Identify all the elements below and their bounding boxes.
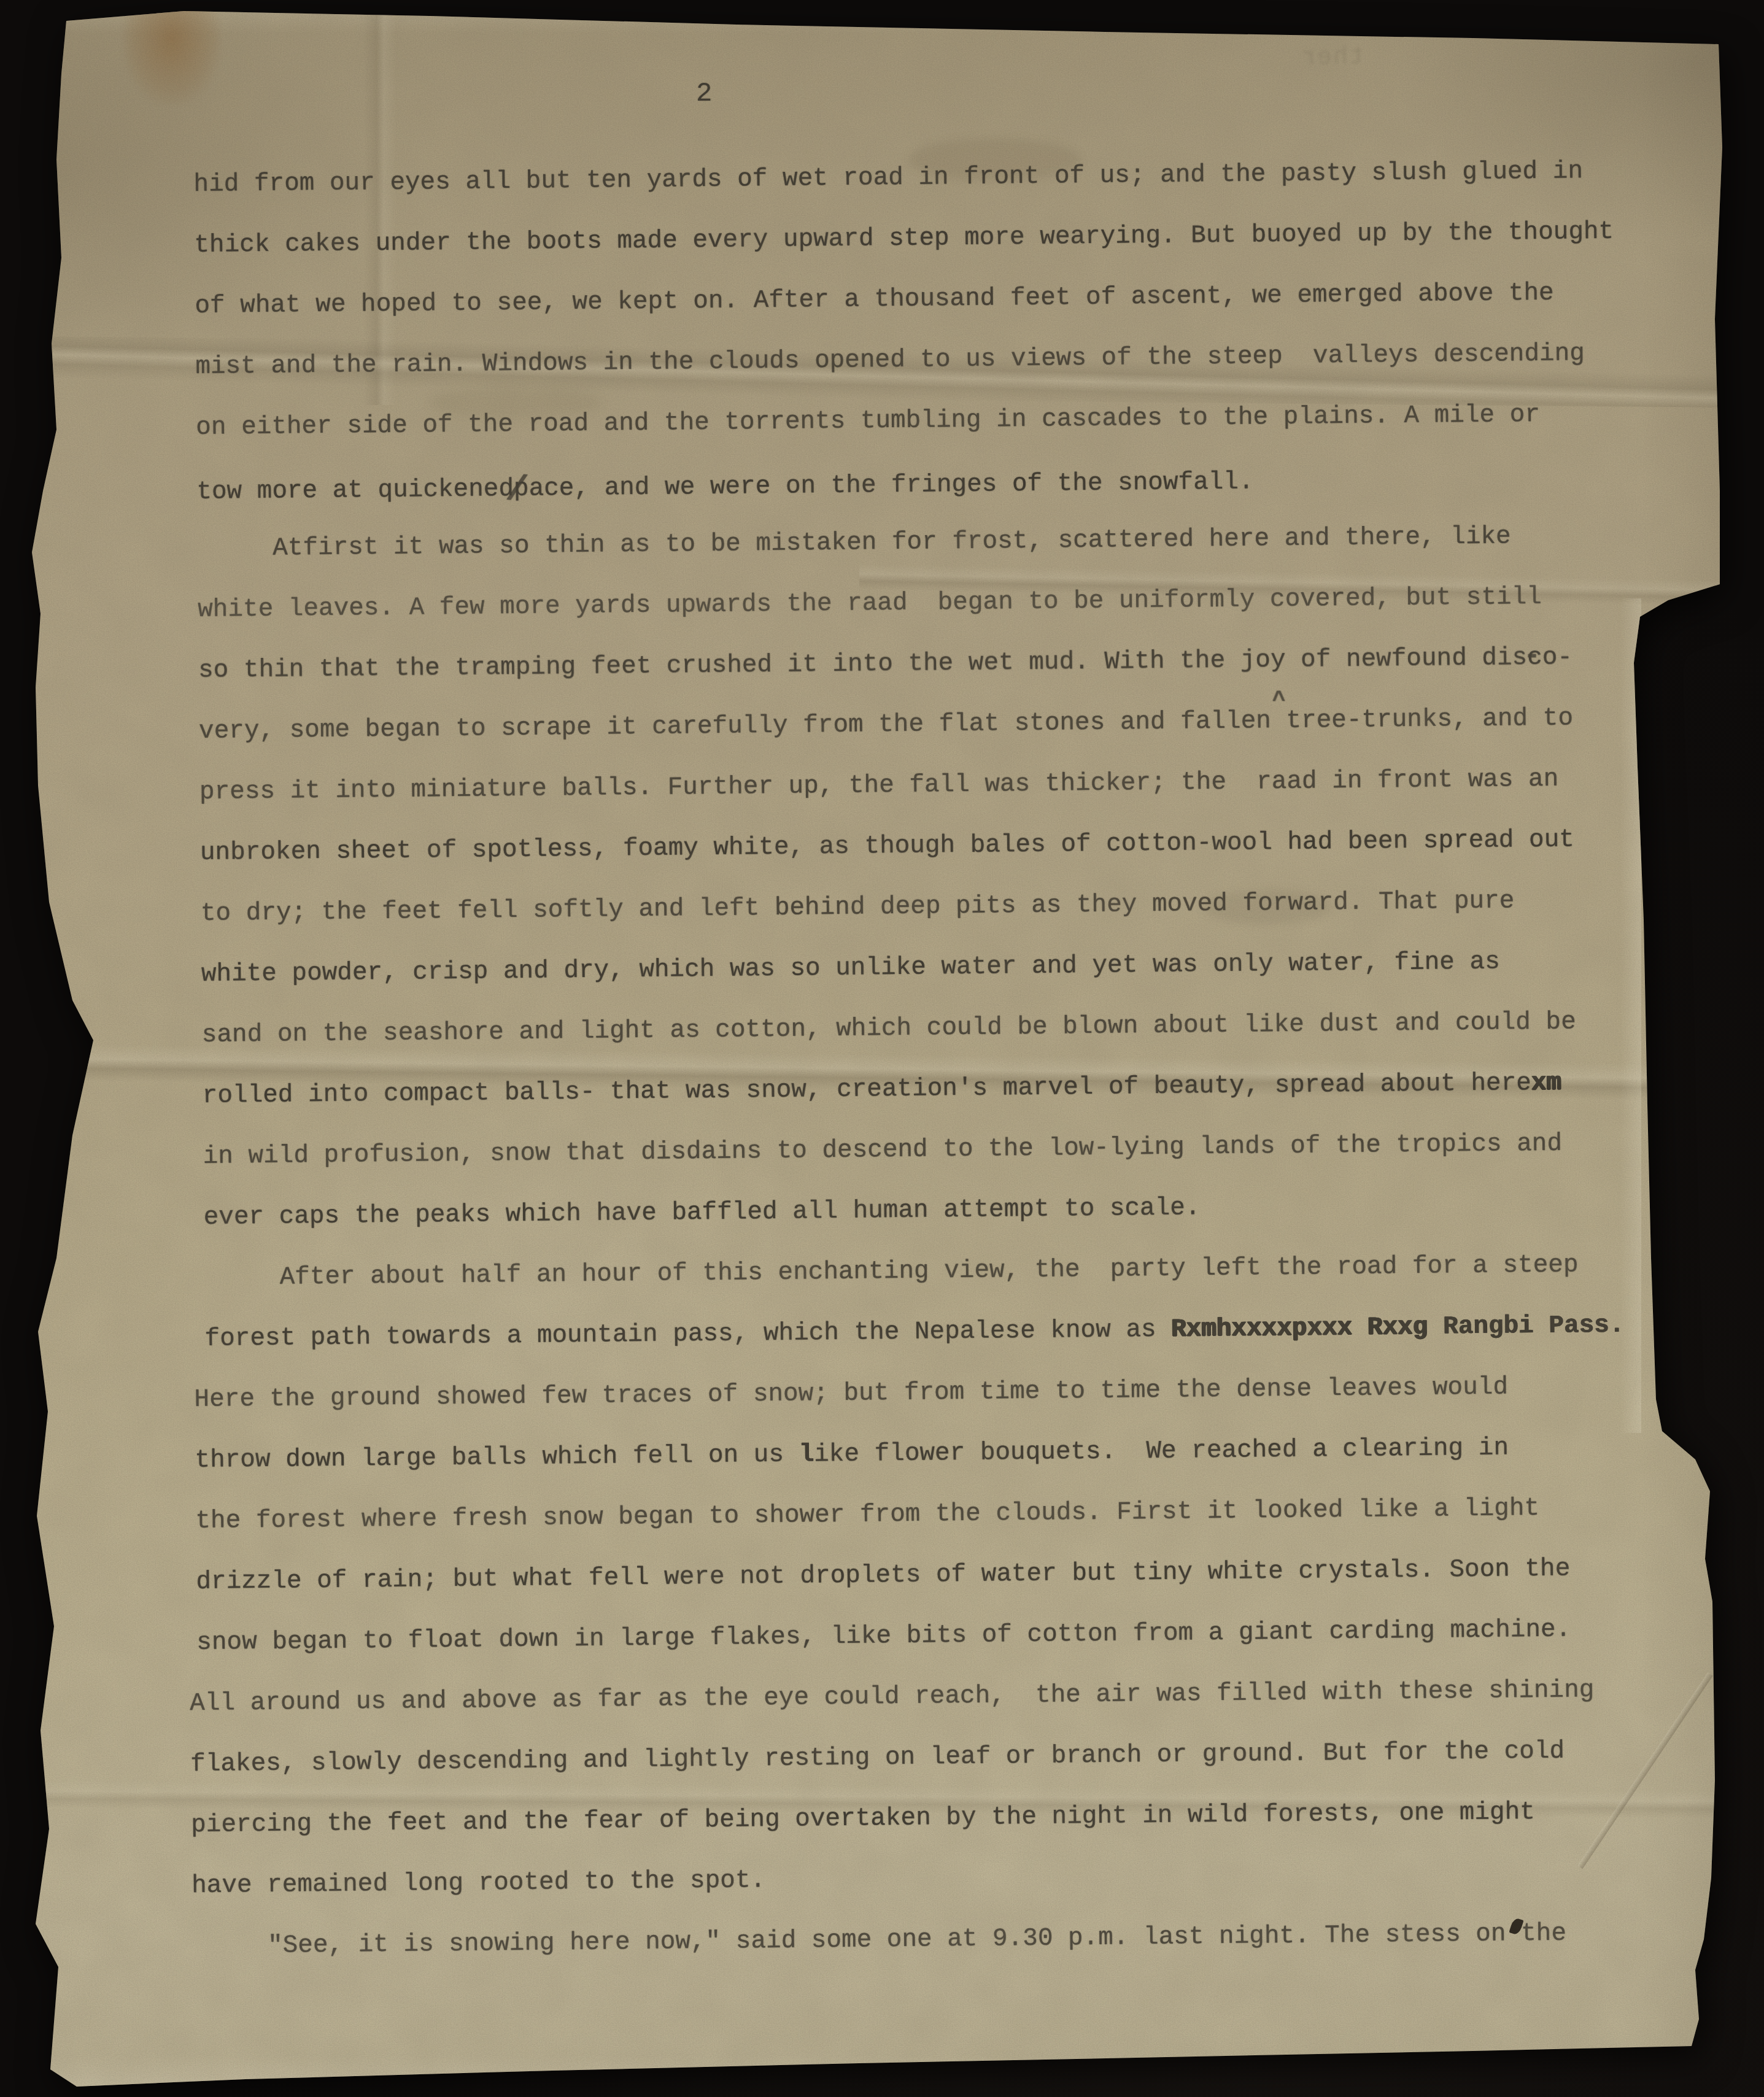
paper-shadow-wrap: ther 2 hid from our eyes all but ten yar… xyxy=(0,0,1764,2097)
paper-stain xyxy=(123,0,221,104)
typed-segment: tow more at quickened xyxy=(196,475,514,506)
typed-segment: pace, and we were on the fringes of the … xyxy=(514,468,1254,503)
insert-hyphen-mark: - xyxy=(1523,625,1541,686)
typed-text-block: hid from our eyes all but ten yards of w… xyxy=(193,141,1659,1977)
typed-overstruck-letter: l xyxy=(799,1440,814,1469)
typed-segment: so thin that the tramping feet crushed i… xyxy=(198,643,1573,684)
typed-segment: rolled into compact balls- that was snow… xyxy=(203,1069,1531,1110)
document-page: ther 2 hid from our eyes all but ten yar… xyxy=(0,0,1764,2097)
typed-segment-heavy: Rangbi Pass. xyxy=(1428,1311,1624,1342)
typed-segment: throw down large balls which fell on us xyxy=(195,1441,799,1475)
bleedthrough-text: ther xyxy=(1300,44,1364,72)
typed-strikeout: xm xyxy=(1531,1069,1562,1097)
page-number: 2 xyxy=(696,79,712,109)
scanned-document-scene: ther 2 hid from our eyes all but ten yar… xyxy=(0,0,1764,2097)
typed-segment: forest path towards a mountain pass, whi… xyxy=(204,1316,1171,1353)
paper-stain xyxy=(22,1918,33,1928)
typed-segment: ike flower bouquets. We reached a cleari… xyxy=(814,1434,1509,1469)
typed-strikeout: Rxmhxxxxpxxx Rxxg xyxy=(1171,1313,1428,1344)
